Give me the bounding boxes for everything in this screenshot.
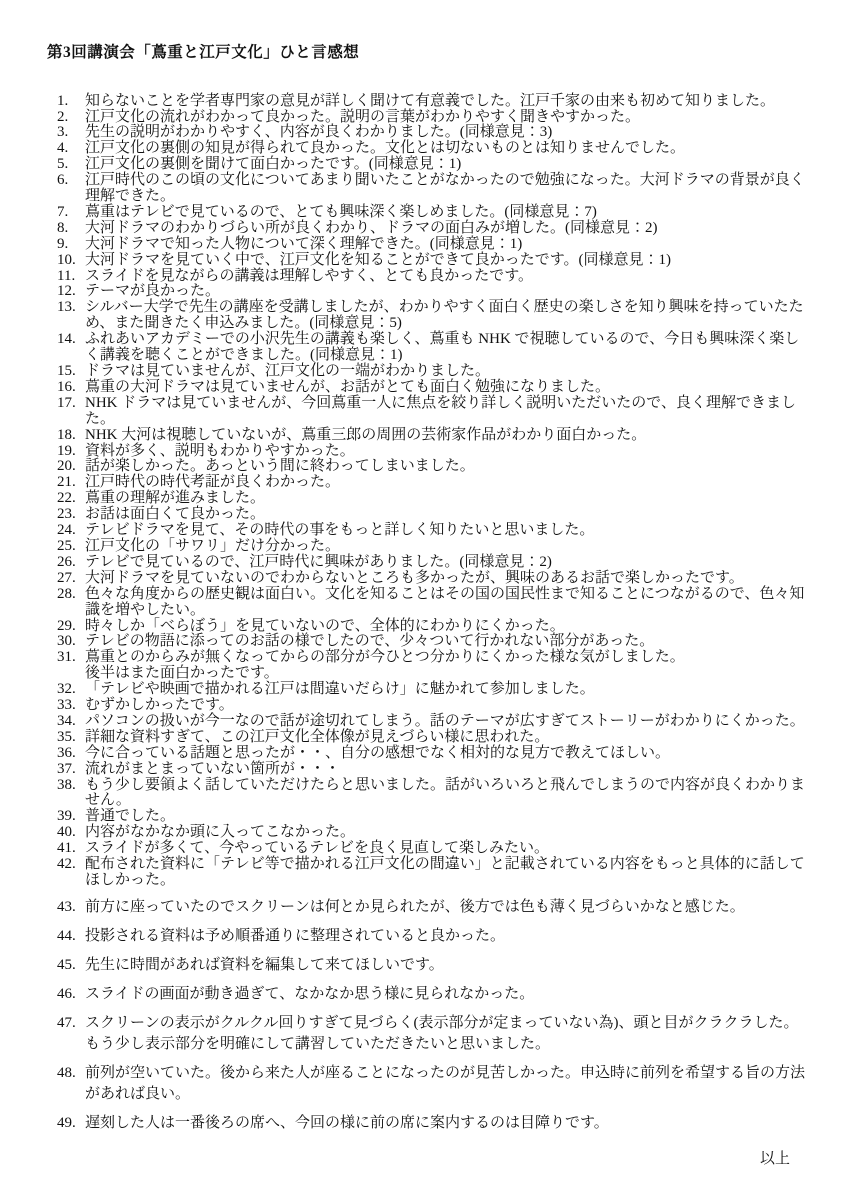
item-text: 「テレビや映画で描かれる江戸は間違いだらけ」に魅かれて参加しました。 (85, 682, 812, 698)
item-text: 大河ドラマを見ていく中で、江戸文化を知ることができて良かったです。(同様意見：1… (85, 253, 812, 269)
item-number: 2. (57, 110, 85, 126)
item-text: 流れがまとまっていない箇所が・・・ (85, 762, 812, 778)
item-text: 前列が空いていた。後から来た人が座ることになったのが見苦しかった。申込時に前列を… (85, 1063, 812, 1105)
list-item: 33. むずかしかったです。 (57, 698, 812, 714)
list-item: 47. スクリーンの表示がクルクル回りすぎて見づらく(表示部分が定まっていない為… (57, 1013, 812, 1055)
list-item: 8. 大河ドラマのわかりづらい所が良くわかり、ドラマの面白みが増した。(同様意見… (57, 221, 812, 237)
item-number: 38. (57, 778, 85, 810)
item-number: 19. (57, 444, 85, 460)
item-text: 大河ドラマで知った人物について深く理解できた。(同様意見：1) (85, 237, 812, 253)
item-text: スライドが多くて、今やっているテレビを良く見直して楽しみたい。 (85, 841, 812, 857)
list-item: 5. 江戸文化の裏側を聞けて面白かったです。(同様意見：1) (57, 157, 812, 173)
item-text: 話が楽しかった。あっという間に終わってしまいました。 (85, 459, 812, 475)
item-number: 32. (57, 682, 85, 698)
item-text: 詳細な資料すぎて、この江戸文化全体像が見えづらい様に思われた。 (85, 730, 812, 746)
item-number: 49. (57, 1113, 85, 1134)
item-text: 江戸時代の時代考証が良くわかった。 (85, 475, 812, 491)
item-number: 13. (57, 300, 85, 332)
item-number: 30. (57, 634, 85, 650)
list-item: 49. 遅刻した人は一番後ろの席へ、今回の様に前の席に案内するのは目障りです。 (57, 1113, 812, 1134)
item-text: 江戸文化の裏側を聞けて面白かったです。(同様意見：1) (85, 157, 812, 173)
list-item: 31. 蔦重とのからみが無くなってからの部分が今ひとつ分かりにくかった様な気がし… (57, 650, 812, 682)
list-item: 46. スライドの画面が動き過ぎて、なかなか思う様に見られなかった。 (57, 984, 812, 1005)
list-item: 26. テレビで見ているので、江戸時代に興味がありました。(同様意見：2) (57, 555, 812, 571)
item-text: スライドの画面が動き過ぎて、なかなか思う様に見られなかった。 (85, 984, 812, 1005)
item-number: 6. (57, 173, 85, 205)
item-number: 25. (57, 539, 85, 555)
list-item: 18. NHK 大河は視聴していないが、蔦重三郎の周囲の芸術家作品がわかり面白か… (57, 428, 812, 444)
item-text: テレビで見ているので、江戸時代に興味がありました。(同様意見：2) (85, 555, 812, 571)
item-text: テーマが良かった。 (85, 284, 812, 300)
list-item: 22. 蔦重の理解が進みました。 (57, 491, 812, 507)
list-item: 39. 普通でした。 (57, 809, 812, 825)
item-number: 26. (57, 555, 85, 571)
list-item: 12. テーマが良かった。 (57, 284, 812, 300)
item-number: 22. (57, 491, 85, 507)
item-text: パソコンの扱いが今一なので話が途切れてしまう。話のテーマが広すぎてストーリーがわ… (85, 714, 812, 730)
item-text: 蔦重はテレビで見ているので、とても興味深く楽しめました。(同様意見：7) (85, 205, 812, 221)
item-number: 39. (57, 809, 85, 825)
item-number: 23. (57, 507, 85, 523)
item-number: 7. (57, 205, 85, 221)
list-item: 24. テレビドラマを見て、その時代の事をもっと詳しく知りたいと思いました。 (57, 523, 812, 539)
item-text: 色々な角度からの歴史観は面白い。文化を知ることはその国の国民性まで知ることにつな… (85, 587, 812, 619)
item-number: 21. (57, 475, 85, 491)
item-number: 43. (57, 897, 85, 918)
item-text: 普通でした。 (85, 809, 812, 825)
item-number: 41. (57, 841, 85, 857)
list-item: 14. ふれあいアカデミーでの小沢先生の講義も楽しく、蔦重も NHK で視聴して… (57, 332, 812, 364)
list-item: 20. 話が楽しかった。あっという間に終わってしまいました。 (57, 459, 812, 475)
item-number: 40. (57, 825, 85, 841)
list-item: 21. 江戸時代の時代考証が良くわかった。 (57, 475, 812, 491)
item-number: 31. (57, 650, 85, 682)
list-item: 9. 大河ドラマで知った人物について深く理解できた。(同様意見：1) (57, 237, 812, 253)
list-item: 34. パソコンの扱いが今一なので話が途切れてしまう。話のテーマが広すぎてストー… (57, 714, 812, 730)
item-number: 35. (57, 730, 85, 746)
item-text: 配布された資料に「テレビ等で描かれる江戸文化の間違い」と記載されている内容をもっ… (85, 857, 812, 889)
item-number: 47. (57, 1013, 85, 1055)
list-item: 35. 詳細な資料すぎて、この江戸文化全体像が見えづらい様に思われた。 (57, 730, 812, 746)
item-text: 今に合っている話題と思ったが・・、自分の感想でなく相対的な見方で教えてほしい。 (85, 746, 812, 762)
item-text: 投影される資料は予め順番通りに整理されていると良かった。 (85, 926, 812, 947)
item-number: 16. (57, 380, 85, 396)
item-number: 18. (57, 428, 85, 444)
item-text: 江戸文化の裏側の知見が得られて良かった。文化とは切ないものとは知りませんでした。 (85, 141, 812, 157)
item-number: 8. (57, 221, 85, 237)
item-number: 5. (57, 157, 85, 173)
item-text: テレビドラマを見て、その時代の事をもっと詳しく知りたいと思いました。 (85, 523, 812, 539)
page-title: 第3回講演会「蔦重と江戸文化」ひと言感想 (47, 44, 812, 63)
item-number: 10. (57, 253, 85, 269)
item-text: 大河ドラマを見ていないのでわからないところも多かったが、興味のあるお話で楽しかっ… (85, 571, 812, 587)
item-text: 大河ドラマのわかりづらい所が良くわかり、ドラマの面白みが増した。(同様意見：2) (85, 221, 812, 237)
list-item: 44. 投影される資料は予め順番通りに整理されていると良かった。 (57, 926, 812, 947)
list-item: 38. もう少し要領よく話していただけたらと思いました。話がいろいろと飛んでしま… (57, 778, 812, 810)
list-item: 41. スライドが多くて、今やっているテレビを良く見直して楽しみたい。 (57, 841, 812, 857)
item-text: NHK 大河は視聴していないが、蔦重三郎の周囲の芸術家作品がわかり面白かった。 (85, 428, 812, 444)
list-item: 13. シルバー大学で先生の講座を受講しましたが、わかりやすく面白く歴史の楽しさ… (57, 300, 812, 332)
item-text: もう少し要領よく話していただけたらと思いました。話がいろいろと飛んでしまうので内… (85, 778, 812, 810)
item-text: スクリーンの表示がクルクル回りすぎて見づらく(表示部分が定まっていない為)、頭と… (85, 1013, 812, 1055)
list-item: 45. 先生に時間があれば資料を編集して来てほしいです。 (57, 955, 812, 976)
item-number: 17. (57, 396, 85, 428)
document-page: 第3回講演会「蔦重と江戸文化」ひと言感想 1. 知らないことを学者専門家の意見が… (0, 0, 849, 1200)
item-text: 知らないことを学者専門家の意見が詳しく聞けて有意義でした。江戸千家の由来も初めて… (85, 94, 812, 110)
item-number: 24. (57, 523, 85, 539)
list-item: 6. 江戸時代のこの頃の文化についてあまり聞いたことがなかったので勉強になった。… (57, 173, 812, 205)
item-text: お話は面白くて良かった。 (85, 507, 812, 523)
list-item: 28. 色々な角度からの歴史観は面白い。文化を知ることはその国の国民性まで知るこ… (57, 587, 812, 619)
item-text: 前方に座っていたのでスクリーンは何とか見られたが、後方では色も薄く見づらいかなと… (85, 897, 812, 918)
list-item: 10. 大河ドラマを見ていく中で、江戸文化を知ることができて良かったです。(同様… (57, 253, 812, 269)
list-item: 16. 蔦重の大河ドラマは見ていませんが、お話がとても面白く勉強になりました。 (57, 380, 812, 396)
item-number: 42. (57, 857, 85, 889)
item-number: 34. (57, 714, 85, 730)
item-text: テレビの物語に添ってのお話の様でしたので、少々ついて行かれない部分があった。 (85, 634, 812, 650)
item-number: 15. (57, 364, 85, 380)
item-text: 蔦重とのからみが無くなってからの部分が今ひとつ分かりにくかった様な気がしました。… (85, 650, 812, 682)
item-text: 蔦重の理解が進みました。 (85, 491, 812, 507)
item-number: 46. (57, 984, 85, 1005)
list-item: 23. お話は面白くて良かった。 (57, 507, 812, 523)
list-item: 43. 前方に座っていたのでスクリーンは何とか見られたが、後方では色も薄く見づら… (57, 897, 812, 918)
list-item: 48. 前列が空いていた。後から来た人が座ることになったのが見苦しかった。申込時… (57, 1063, 812, 1105)
item-number: 45. (57, 955, 85, 976)
comments-list: 1. 知らないことを学者専門家の意見が詳しく聞けて有意義でした。江戸千家の由来も… (47, 94, 812, 1134)
list-item: 42. 配布された資料に「テレビ等で描かれる江戸文化の間違い」と記載されている内… (57, 857, 812, 889)
item-text: 先生に時間があれば資料を編集して来てほしいです。 (85, 955, 812, 976)
item-number: 14. (57, 332, 85, 364)
list-item: 7. 蔦重はテレビで見ているので、とても興味深く楽しめました。(同様意見：7) (57, 205, 812, 221)
item-text: 内容がなかなか頭に入ってこなかった。 (85, 825, 812, 841)
item-text: NHK ドラマは見ていませんが、今回蔦重一人に焦点を絞り詳しく説明いただいたので… (85, 396, 812, 428)
list-item: 15. ドラマは見ていませんが、江戸文化の一端がわかりました。 (57, 364, 812, 380)
item-text: シルバー大学で先生の講座を受講しましたが、わかりやすく面白く歴史の楽しさを知り興… (85, 300, 812, 332)
list-item: 40. 内容がなかなか頭に入ってこなかった。 (57, 825, 812, 841)
list-item: 17. NHK ドラマは見ていませんが、今回蔦重一人に焦点を絞り詳しく説明いただ… (57, 396, 812, 428)
list-item: 37. 流れがまとまっていない箇所が・・・ (57, 762, 812, 778)
item-text: ふれあいアカデミーでの小沢先生の講義も楽しく、蔦重も NHK で視聴しているので… (85, 332, 812, 364)
item-number: 11. (57, 269, 85, 285)
item-text: 先生の説明がわかりやすく、内容が良くわかりました。(同様意見：3) (85, 125, 812, 141)
item-text: ドラマは見ていませんが、江戸文化の一端がわかりました。 (85, 364, 812, 380)
list-item: 25. 江戸文化の「サワリ」だけ分かった。 (57, 539, 812, 555)
list-item: 36. 今に合っている話題と思ったが・・、自分の感想でなく相対的な見方で教えてほ… (57, 746, 812, 762)
list-item: 3. 先生の説明がわかりやすく、内容が良くわかりました。(同様意見：3) (57, 125, 812, 141)
item-number: 27. (57, 571, 85, 587)
item-number: 44. (57, 926, 85, 947)
item-number: 28. (57, 587, 85, 619)
item-number: 12. (57, 284, 85, 300)
item-text: 江戸文化の「サワリ」だけ分かった。 (85, 539, 812, 555)
item-number: 36. (57, 746, 85, 762)
list-item: 1. 知らないことを学者専門家の意見が詳しく聞けて有意義でした。江戸千家の由来も… (57, 94, 812, 110)
item-number: 4. (57, 141, 85, 157)
list-item: 4. 江戸文化の裏側の知見が得られて良かった。文化とは切ないものとは知りませんで… (57, 141, 812, 157)
list-item: 27. 大河ドラマを見ていないのでわからないところも多かったが、興味のあるお話で… (57, 571, 812, 587)
item-number: 3. (57, 125, 85, 141)
item-number: 1. (57, 94, 85, 110)
item-number: 37. (57, 762, 85, 778)
item-number: 9. (57, 237, 85, 253)
item-number: 33. (57, 698, 85, 714)
item-text: むずかしかったです。 (85, 698, 812, 714)
item-text: 江戸時代のこの頃の文化についてあまり聞いたことがなかったので勉強になった。大河ド… (85, 173, 812, 205)
item-number: 48. (57, 1063, 85, 1105)
list-item: 32. 「テレビや映画で描かれる江戸は間違いだらけ」に魅かれて参加しました。 (57, 682, 812, 698)
item-number: 29. (57, 619, 85, 635)
item-text: 蔦重の大河ドラマは見ていませんが、お話がとても面白く勉強になりました。 (85, 380, 812, 396)
closing-text: 以上 (47, 1147, 812, 1168)
item-text: 遅刻した人は一番後ろの席へ、今回の様に前の席に案内するのは目障りです。 (85, 1113, 812, 1134)
list-item: 30. テレビの物語に添ってのお話の様でしたので、少々ついて行かれない部分があっ… (57, 634, 812, 650)
item-number: 20. (57, 459, 85, 475)
